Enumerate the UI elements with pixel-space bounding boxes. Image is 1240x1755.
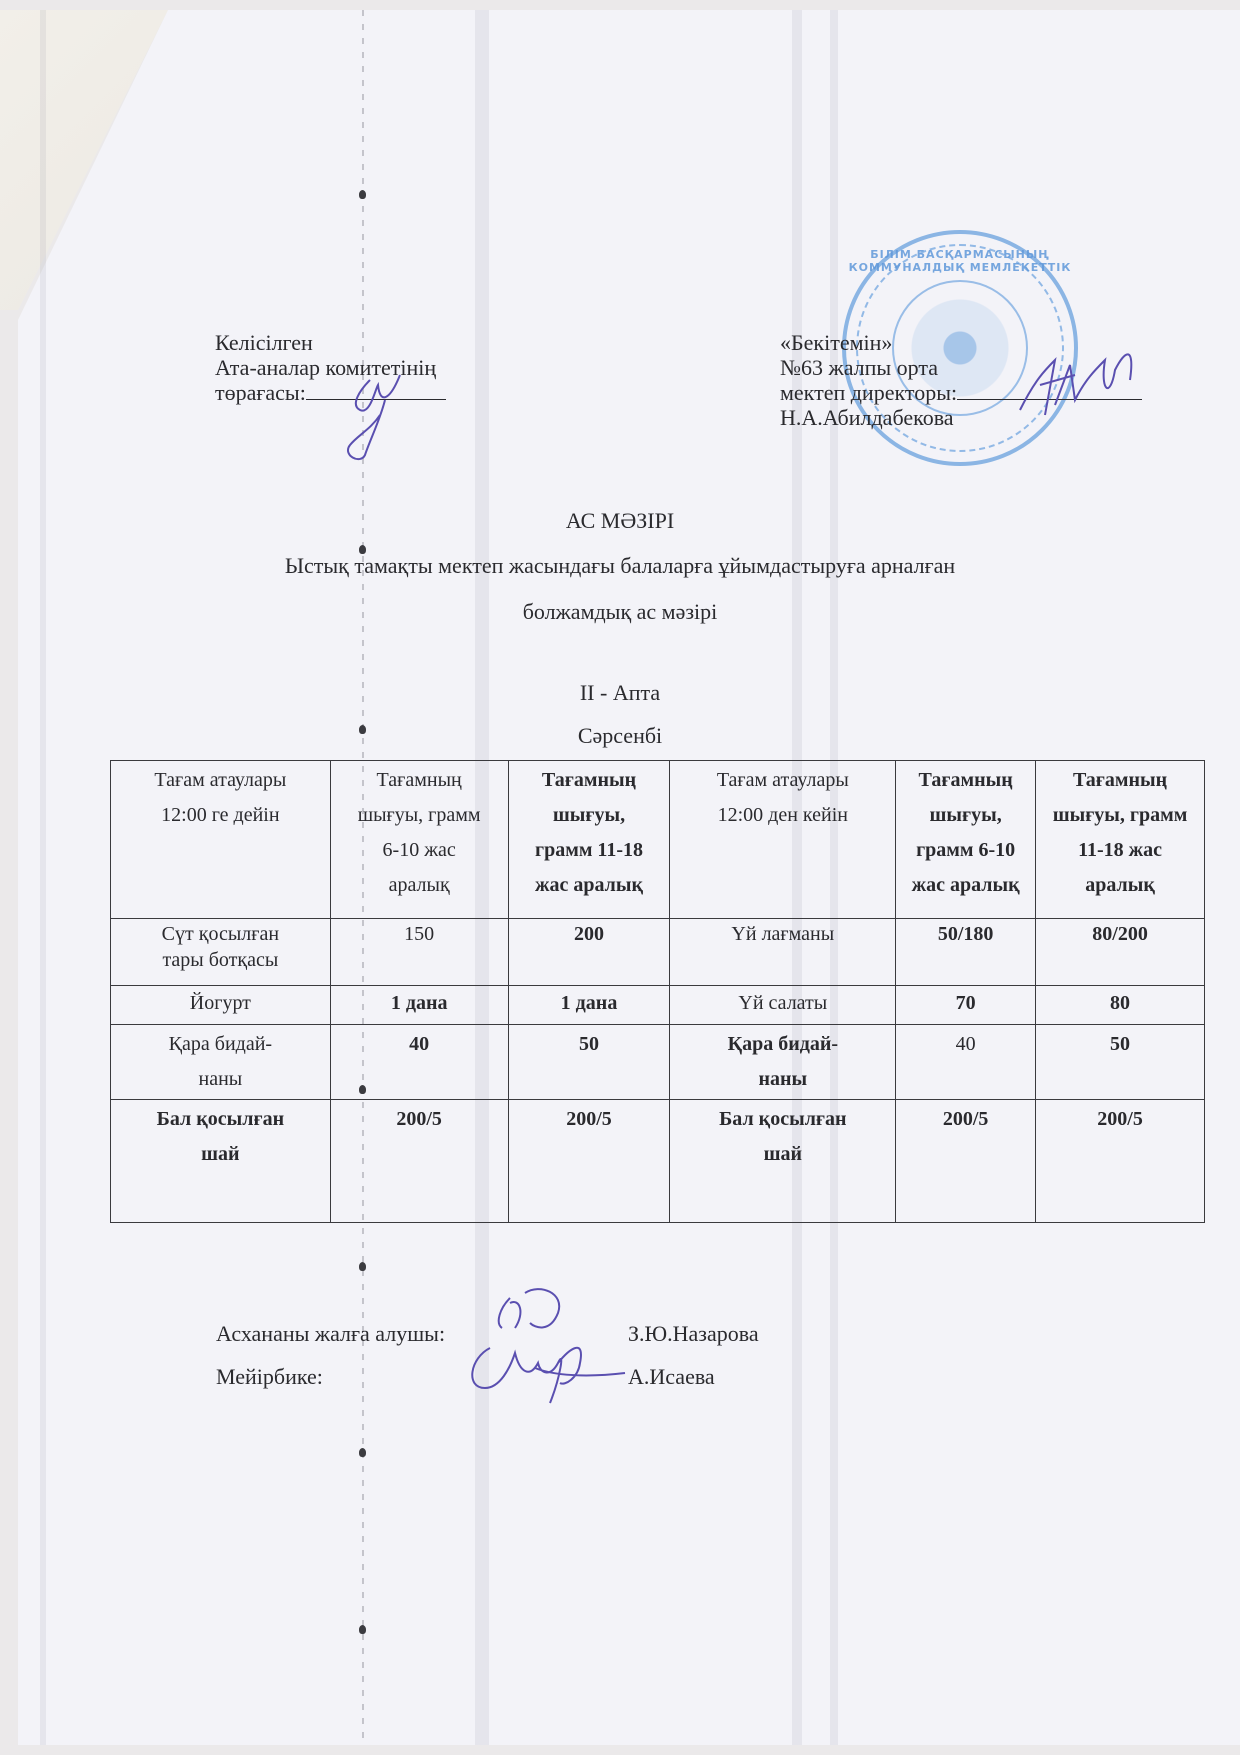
portion-cell: 50/180 <box>896 919 1036 986</box>
portion-cell: 50 <box>508 1025 670 1100</box>
parents-committee-approval: Келісілген Ата-аналар комитетінің төраға… <box>215 330 446 405</box>
portion-cell: 40 <box>330 1025 508 1100</box>
signature-line <box>957 399 1142 400</box>
header-portion-11-18-after: Тағамның шығуы, грамм 11-18 жас аралық <box>1036 761 1205 919</box>
director-approval: «Бекітемін» №63 жалпы орта мектеп директ… <box>780 330 1142 430</box>
seal-text: БІЛІМ БАСҚАРМАСЫНЫҢ КОММУНАЛДЫҚ МЕМЛЕКЕТ… <box>846 248 1074 274</box>
scan-streak <box>40 10 46 1745</box>
approval-right-line2: №63 жалпы орта <box>780 355 1142 380</box>
footer-roles: Асхананы жалға алушы: Мейірбике: <box>216 1312 445 1398</box>
signature-line <box>306 399 446 400</box>
table-row: Сүт қосылған тары ботқасы 150 200 Үй лағ… <box>111 919 1205 986</box>
portion-cell: 1 дана <box>330 986 508 1025</box>
header-dish-before-noon: Тағам атаулары 12:00 ге дейін <box>111 761 331 919</box>
dish-cell: Сүт қосылған тары ботқасы <box>111 919 331 986</box>
table-row: Йогурт 1 дана 1 дана Үй салаты 70 80 <box>111 986 1205 1025</box>
portion-cell: 200/5 <box>896 1100 1036 1223</box>
approval-right-line3-wrap: мектеп директоры: <box>780 380 1142 405</box>
approval-left-line3-wrap: төрағасы: <box>215 380 446 405</box>
dish-cell: Бал қосылған шай <box>670 1100 896 1223</box>
header-portion-11-18-before: Тағамның шығуы, грамм 11-18 жас аралық <box>508 761 670 919</box>
dish-cell: Үй салаты <box>670 986 896 1025</box>
week-label: II - Апта <box>0 680 1240 706</box>
portion-cell: 80 <box>1036 986 1205 1025</box>
document-subtitle-line2: болжамдық ас мәзірі <box>0 599 1240 625</box>
portion-cell: 200/5 <box>1036 1100 1205 1223</box>
portion-cell: 70 <box>896 986 1036 1025</box>
footer-role-canteen-tenant: Асхананы жалға алушы: <box>216 1312 445 1355</box>
footer-role-nurse: Мейірбике: <box>216 1355 445 1398</box>
director-name: Н.А.Абилдабекова <box>780 405 1142 430</box>
binding-dot <box>359 1448 366 1457</box>
dish-cell: Қара бидай- наны <box>111 1025 331 1100</box>
portion-cell: 1 дана <box>508 986 670 1025</box>
binding-dot <box>359 1262 366 1271</box>
dish-cell: Қара бидай- наны <box>670 1025 896 1100</box>
portion-cell: 50 <box>1036 1025 1205 1100</box>
header-portion-6-10-before: Тағамның шығуы, грамм 6-10 жас аралық <box>330 761 508 919</box>
document-title: АС МӘЗІРІ <box>0 508 1240 534</box>
binding-dot <box>359 1625 366 1634</box>
dish-cell: Бал қосылған шай <box>111 1100 331 1223</box>
portion-cell: 200/5 <box>508 1100 670 1223</box>
document-subtitle-line1: Ыстық тамақты мектеп жасындағы балаларға… <box>0 553 1240 579</box>
day-label: Сәрсенбі <box>0 723 1240 749</box>
footer-name-nurse: А.Исаева <box>628 1355 759 1398</box>
portion-cell: 200/5 <box>330 1100 508 1223</box>
portion-cell: 40 <box>896 1025 1036 1100</box>
dish-cell: Йогурт <box>111 986 331 1025</box>
footer-name-canteen-tenant: З.Ю.Назарова <box>628 1312 759 1355</box>
table-header-row: Тағам атаулары 12:00 ге дейін Тағамның ш… <box>111 761 1205 919</box>
binding-dot <box>359 190 366 199</box>
approval-left-line3: төрағасы: <box>215 380 306 405</box>
header-dish-after-noon: Тағам атаулары 12:00 ден кейін <box>670 761 896 919</box>
dish-cell: Үй лағманы <box>670 919 896 986</box>
portion-cell: 150 <box>330 919 508 986</box>
approval-left-line2: Ата-аналар комитетінің <box>215 355 446 380</box>
portion-cell: 200 <box>508 919 670 986</box>
footer-names: З.Ю.Назарова А.Исаева <box>628 1312 759 1398</box>
table-row: Бал қосылған шай 200/5 200/5 Бал қосылға… <box>111 1100 1205 1223</box>
portion-cell: 80/200 <box>1036 919 1205 986</box>
approval-right-line1: «Бекітемін» <box>780 330 1142 355</box>
header-portion-6-10-after: Тағамның шығуы, грамм 6-10 жас аралық <box>896 761 1036 919</box>
approval-right-line3: мектеп директоры: <box>780 380 957 405</box>
approval-left-line1: Келісілген <box>215 330 446 355</box>
table-row: Қара бидай- наны 40 50 Қара бидай- наны … <box>111 1025 1205 1100</box>
menu-table: Тағам атаулары 12:00 ге дейін Тағамның ш… <box>110 760 1205 1223</box>
